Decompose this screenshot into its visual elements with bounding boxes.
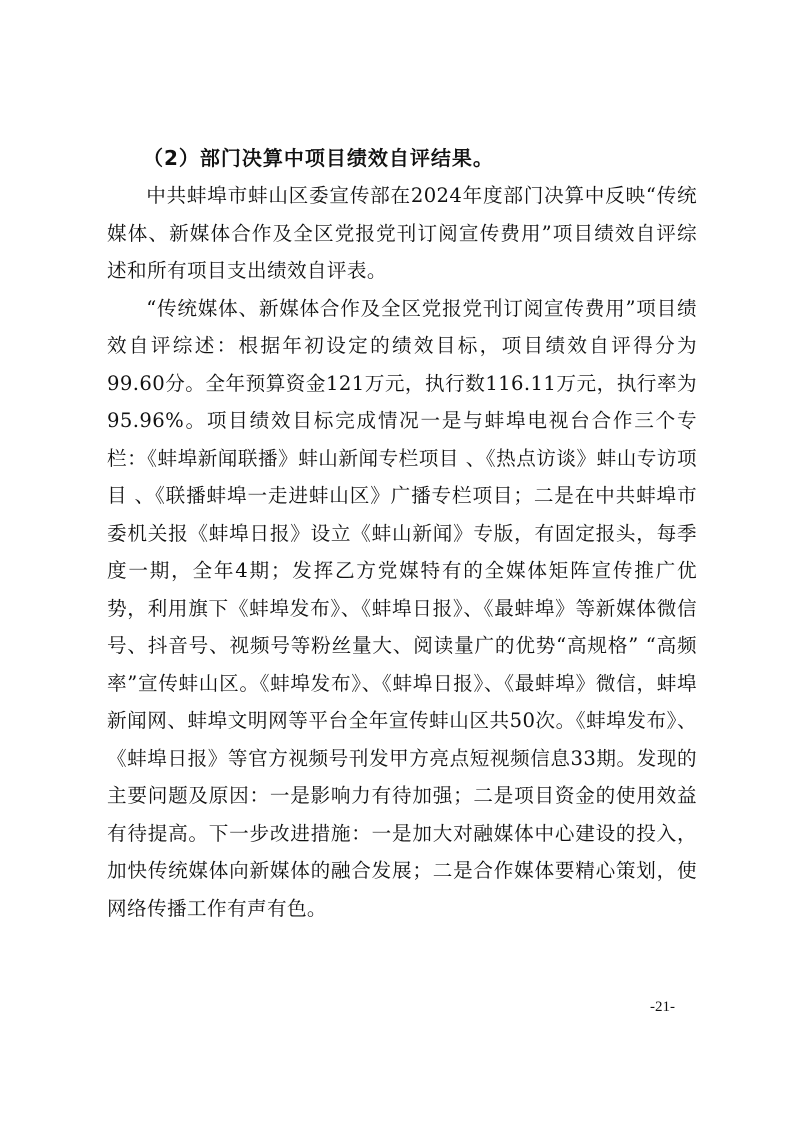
page-number: -21- bbox=[650, 999, 675, 1016]
paragraph-summary: “传统媒体、新媒体合作及全区党报党刊订阅宣传费用”项目绩效自评综述：根据年初设定… bbox=[107, 290, 697, 928]
paragraph-intro: 中共蚌埠市蚌山区委宣传部在2024年度部门决算中反映“传统媒体、新媒体合作及全区… bbox=[107, 177, 697, 290]
section-heading: （2）部门决算中项目绩效自评结果。 bbox=[107, 140, 697, 177]
document-body: （2）部门决算中项目绩效自评结果。 中共蚌埠市蚌山区委宣传部在2024年度部门决… bbox=[107, 140, 697, 927]
